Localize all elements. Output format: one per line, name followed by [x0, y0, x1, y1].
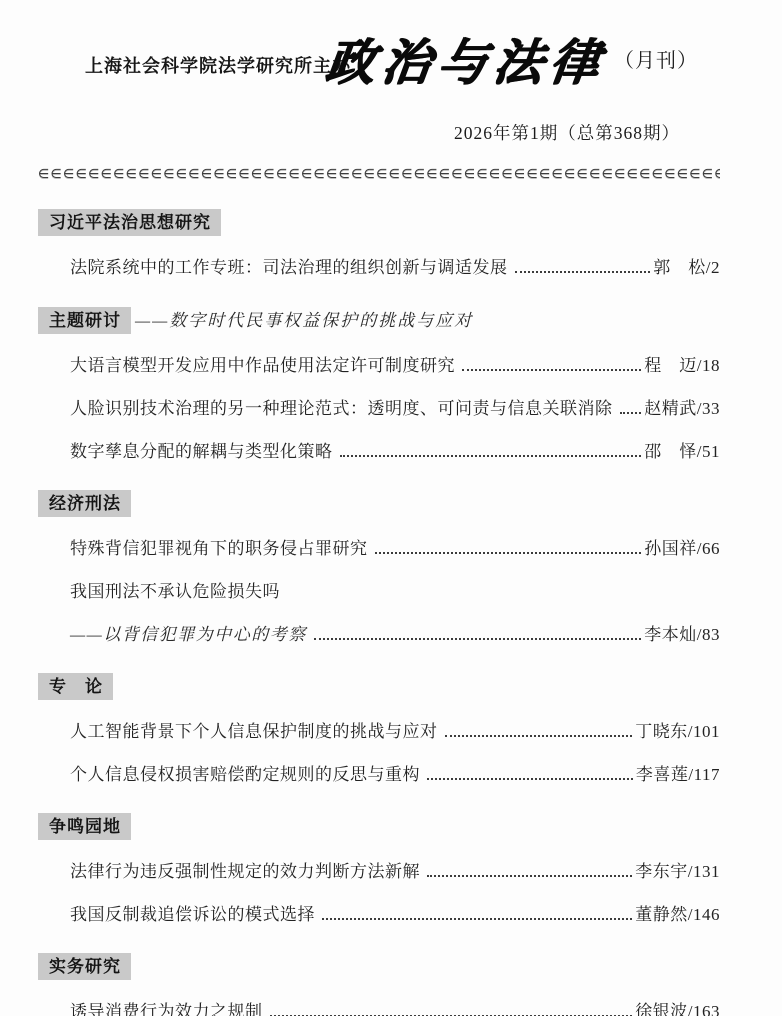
article-title: 我国刑法不承认危险损失吗 [70, 581, 280, 603]
section-label: 主题研讨 [38, 307, 131, 334]
dotted-leader [314, 638, 642, 640]
section-header: 专 论 [38, 673, 720, 700]
toc-section: 习近平法治思想研究法院系统中的工作专班：司法治理的组织创新与调适发展郭 松/2 [38, 209, 720, 279]
article-title: 我国反制裁追偿诉讼的模式选择 [70, 904, 315, 926]
dotted-leader [445, 735, 633, 737]
article-author-page: 孙国祥/66 [644, 538, 720, 560]
monthly-label: （月刊） [614, 44, 698, 73]
article-title: 人工智能背景下个人信息保护制度的挑战与应对 [70, 721, 438, 743]
article-author-page: 赵精武/33 [644, 398, 720, 420]
article-author-page: 丁晓东/101 [635, 721, 720, 743]
masthead: 政治与法律（月刊） [326, 24, 698, 94]
article-author-page: 董静然/146 [635, 904, 720, 926]
dotted-leader [427, 875, 632, 877]
journal-title: 政治与法律 [322, 24, 611, 94]
toc-entry: 人工智能背景下个人信息保护制度的挑战与应对丁晓东/101 [38, 721, 720, 743]
toc-entry: 我国刑法不承认危险损失吗 [38, 581, 720, 603]
article-title: 大语言模型开发应用中作品使用法定许可制度研究 [70, 355, 455, 377]
toc-section: 经济刑法特殊背信犯罪视角下的职务侵占罪研究孙国祥/66我国刑法不承认危险损失吗—… [38, 490, 720, 646]
article-title: 个人信息侵权损害赔偿酌定规则的反思与重构 [70, 764, 420, 786]
section-label: 争鸣园地 [38, 813, 131, 840]
section-label: 经济刑法 [38, 490, 131, 517]
issue-line: 2026年第1期（总第368期） [454, 120, 680, 145]
article-author-page: 程 迈/18 [644, 355, 720, 377]
dotted-leader [515, 271, 651, 273]
article-title: 诱导消费行为效力之规制 [70, 1001, 263, 1016]
toc-entry: 数字孳息分配的解耦与类型化策略邵 怿/51 [38, 441, 720, 463]
article-author-page: 李东宇/131 [635, 861, 720, 883]
dotted-leader [620, 412, 642, 414]
section-subtitle: ——数字时代民事权益保护的挑战与应对 [135, 306, 473, 331]
page-header: 上海社会科学院法学研究所主办 政治与法律（月刊） 2026年第1期（总第368期… [38, 36, 720, 144]
article-author-page: 李喜莲/117 [636, 764, 720, 786]
toc-section: 专 论人工智能背景下个人信息保护制度的挑战与应对丁晓东/101个人信息侵权损害赔… [38, 673, 720, 786]
publisher-line: 上海社会科学院法学研究所主办 [85, 52, 351, 78]
dotted-leader [375, 552, 642, 554]
toc-entry: 诱导消费行为效力之规制徐银波/163 [38, 1001, 720, 1016]
toc-entry: 法院系统中的工作专班：司法治理的组织创新与调适发展郭 松/2 [38, 257, 720, 279]
section-header: 实务研究 [38, 953, 720, 980]
article-title: 人脸识别技术治理的另一种理论范式：透明度、可问责与信息关联消除 [70, 398, 613, 420]
section-header: 习近平法治思想研究 [38, 209, 720, 236]
table-of-contents: 习近平法治思想研究法院系统中的工作专班：司法治理的组织创新与调适发展郭 松/2主… [38, 209, 720, 1016]
section-header: 主题研讨——数字时代民事权益保护的挑战与应对 [38, 306, 720, 334]
ornament-divider: ∈∈∈∈∈∈∈∈∈∈∈∈∈∈∈∈∈∈∈∈∈∈∈∈∈∈∈∈∈∈∈∈∈∈∈∈∈∈∈∈… [38, 168, 720, 182]
toc-entry: 我国反制裁追偿诉讼的模式选择董静然/146 [38, 904, 720, 926]
journal-toc-page: 上海社会科学院法学研究所主办 政治与法律（月刊） 2026年第1期（总第368期… [0, 0, 782, 1016]
toc-entry: 个人信息侵权损害赔偿酌定规则的反思与重构李喜莲/117 [38, 764, 720, 786]
article-author-page: 徐银波/163 [635, 1001, 720, 1016]
toc-entry: 大语言模型开发应用中作品使用法定许可制度研究程 迈/18 [38, 355, 720, 377]
article-title: ——以背信犯罪为中心的考察 [70, 624, 307, 646]
section-header: 争鸣园地 [38, 813, 720, 840]
toc-entry: 特殊背信犯罪视角下的职务侵占罪研究孙国祥/66 [38, 538, 720, 560]
article-author-page: 李本灿/83 [644, 624, 720, 646]
article-title: 法律行为违反强制性规定的效力判断方法新解 [70, 861, 420, 883]
dotted-leader [462, 369, 641, 371]
dotted-leader [340, 455, 642, 457]
dotted-leader [322, 918, 632, 920]
toc-section: 争鸣园地法律行为违反强制性规定的效力判断方法新解李东宇/131我国反制裁追偿诉讼… [38, 813, 720, 926]
article-author-page: 郭 松/2 [653, 257, 720, 279]
article-title: 特殊背信犯罪视角下的职务侵占罪研究 [70, 538, 368, 560]
section-label: 专 论 [38, 673, 113, 700]
toc-section: 主题研讨——数字时代民事权益保护的挑战与应对大语言模型开发应用中作品使用法定许可… [38, 306, 720, 463]
section-label: 实务研究 [38, 953, 131, 980]
article-title: 数字孳息分配的解耦与类型化策略 [70, 441, 333, 463]
article-title: 法院系统中的工作专班：司法治理的组织创新与调适发展 [70, 257, 508, 279]
toc-entry: ——以背信犯罪为中心的考察李本灿/83 [38, 624, 720, 646]
article-author-page: 邵 怿/51 [644, 441, 720, 463]
toc-entry: 法律行为违反强制性规定的效力判断方法新解李东宇/131 [38, 861, 720, 883]
section-header: 经济刑法 [38, 490, 720, 517]
toc-entry: 人脸识别技术治理的另一种理论范式：透明度、可问责与信息关联消除赵精武/33 [38, 398, 720, 420]
section-label: 习近平法治思想研究 [38, 209, 221, 236]
dotted-leader [427, 778, 633, 780]
toc-section: 实务研究诱导消费行为效力之规制徐银波/163 [38, 953, 720, 1016]
